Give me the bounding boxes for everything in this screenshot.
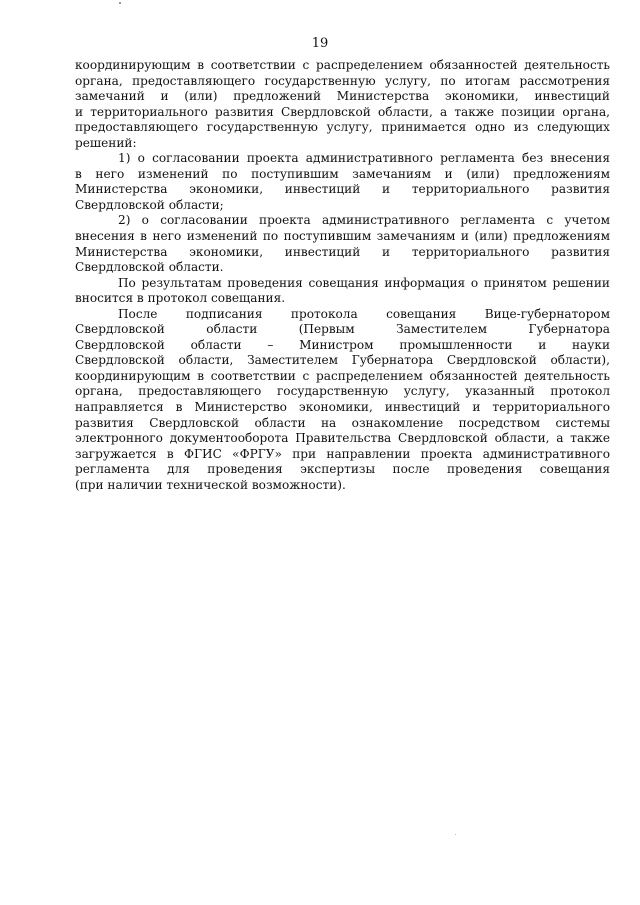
text-line: Свердловской области. xyxy=(75,260,610,276)
text-line: координирующим в соответствии с распреде… xyxy=(75,369,610,385)
paragraph: координирующим в соответствии с распреде… xyxy=(75,58,610,151)
paragraph: 2) о согласовании проекта административн… xyxy=(75,213,610,275)
text-line: регламента для проведения экспертизы пос… xyxy=(75,462,610,478)
document-body: координирующим в соответствии с распреде… xyxy=(75,58,610,493)
text-line: предоставляющего государственную услугу,… xyxy=(75,120,610,136)
page-number: 19 xyxy=(0,36,640,52)
paragraph: По результатам проведения совещания инфо… xyxy=(75,276,610,307)
text-line: загружается в ФГИС «ФРГУ» при направлени… xyxy=(75,447,610,463)
text-line: развития Свердловской области на ознаком… xyxy=(75,416,610,432)
text-line: Свердловской области – Министром промышл… xyxy=(75,338,610,354)
text-line: 1) о согласовании проекта административн… xyxy=(75,151,610,167)
document-page: 19 координирующим в соответствии с распр… xyxy=(0,0,640,905)
text-line: Министерства экономики, инвестиций и тер… xyxy=(75,245,610,261)
text-line: органа, предоставляющего государственную… xyxy=(75,74,610,90)
text-line: направляется в Министерство экономики, и… xyxy=(75,400,610,416)
text-line: внесения в него изменений по поступившим… xyxy=(75,229,610,245)
text-line: решений: xyxy=(75,136,610,152)
text-line: (при наличии технической возможности). xyxy=(75,478,610,494)
paragraph: После подписания протокола совещания Виц… xyxy=(75,307,610,494)
text-line: Свердловской области (Первым Заместителе… xyxy=(75,322,610,338)
text-line: в него изменений по поступившим замечани… xyxy=(75,167,610,183)
text-line: 2) о согласовании проекта административн… xyxy=(75,213,610,229)
text-line: органа, предоставляющего государственную… xyxy=(75,384,610,400)
text-line: замечаний и (или) предложений Министерст… xyxy=(75,89,610,105)
text-line: и территориального развития Свердловской… xyxy=(75,105,610,121)
text-line: Свердловской области, Заместителем Губер… xyxy=(75,353,610,369)
paragraph: 1) о согласовании проекта административн… xyxy=(75,151,610,213)
text-line: Свердловской области; xyxy=(75,198,610,214)
text-line: Министерства экономики, инвестиций и тер… xyxy=(75,182,610,198)
text-line: вносится в протокол совещания. xyxy=(75,291,610,307)
text-line: По результатам проведения совещания инфо… xyxy=(75,276,610,292)
scan-artifact xyxy=(455,834,456,835)
scan-artifact xyxy=(119,2,121,4)
text-line: После подписания протокола совещания Виц… xyxy=(75,307,610,323)
text-line: координирующим в соответствии с распреде… xyxy=(75,58,610,74)
text-line: электронного документооборота Правительс… xyxy=(75,431,610,447)
